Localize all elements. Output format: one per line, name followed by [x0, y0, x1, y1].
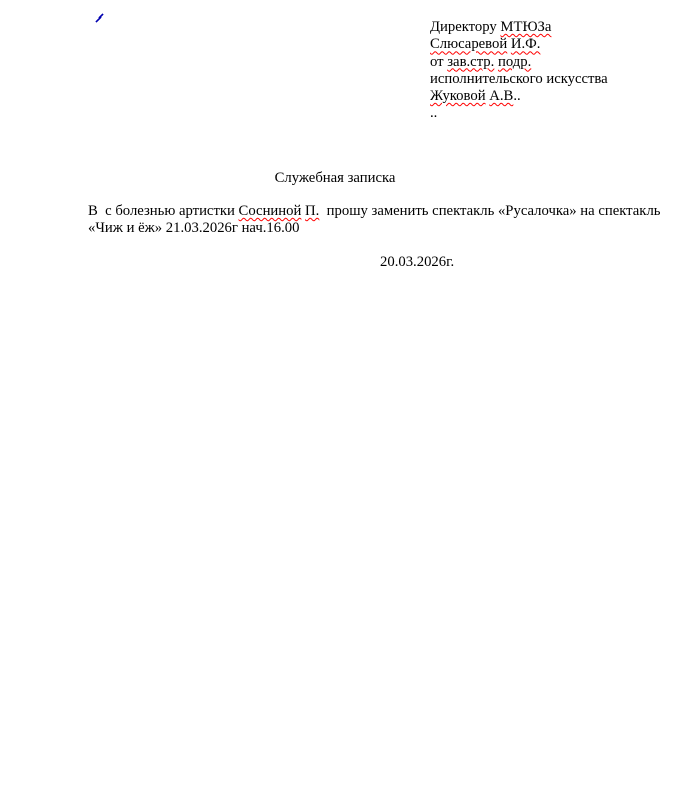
text-run: от — [430, 54, 447, 70]
text-line: «Чиж и ёж» 21.03.2026г нач.16.00 — [88, 220, 668, 237]
text-line: В с болезнью артистки Сосниной П. прошу … — [88, 203, 668, 220]
misspelled-word: И.Ф. — [511, 36, 541, 52]
text-run: «Чиж и ёж» 21.03.2026г нач.16.00 — [88, 220, 299, 236]
text-line: от зав.стр. подр. — [430, 54, 608, 71]
misspelled-word: МТЮЗа — [500, 19, 551, 35]
text-line: Директору МТЮЗа — [430, 19, 608, 36]
text-run: В с болезнью артистки — [88, 203, 239, 219]
addressee-block: Директору МТЮЗаСлюсаревой И.Ф.от зав.стр… — [430, 19, 608, 123]
misspelled-word: А.В — [489, 88, 513, 104]
memo-title: Служебная записка — [40, 170, 630, 187]
text-run: .. — [430, 105, 437, 121]
text-run: прошу заменить спектакль «Русалочка» на … — [319, 203, 660, 219]
misspelled-word: Сосниной — [239, 203, 302, 219]
text-run: исполнительского искусства — [430, 71, 608, 87]
misspelled-word: подр. — [498, 54, 531, 70]
misspelled-word: Слюсаревой — [430, 36, 507, 52]
blue-zigzag-mark-icon — [95, 12, 104, 23]
text-line: Слюсаревой И.Ф. — [430, 36, 608, 53]
text-run: Директору — [430, 19, 500, 35]
misspelled-word: П. — [305, 203, 319, 219]
text-line: исполнительского искусства — [430, 71, 608, 88]
misspelled-word: зав.стр. — [447, 54, 494, 70]
text-line: Жуковой А.В.. — [430, 88, 608, 105]
misspelled-word: Жуковой — [430, 88, 486, 104]
memo-body: В с болезнью артистки Сосниной П. прошу … — [88, 203, 668, 238]
text-run: .. — [513, 88, 520, 104]
document-page[interactable]: Директору МТЮЗаСлюсаревой И.Ф.от зав.стр… — [0, 0, 698, 794]
text-line: .. — [430, 105, 608, 122]
memo-date: 20.03.2026г. — [380, 254, 454, 271]
